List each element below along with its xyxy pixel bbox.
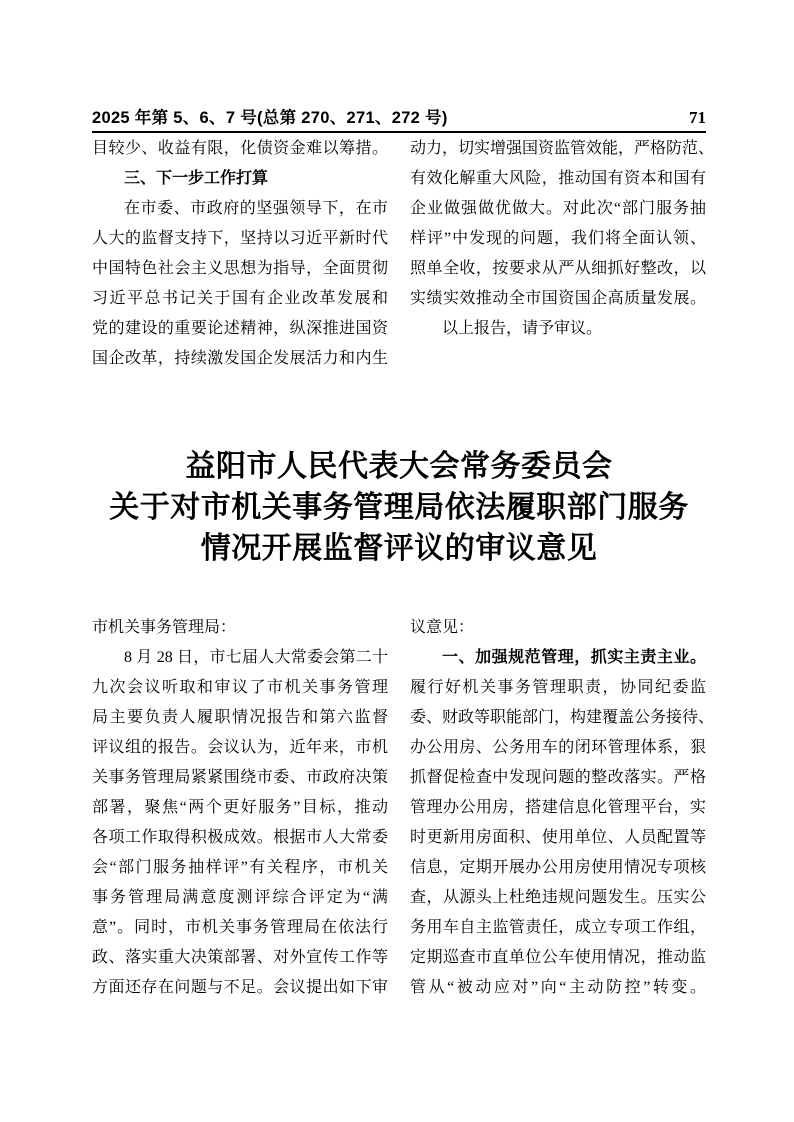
body-line: 抓督促检查中发现问题的整改落实。严格 (410, 763, 706, 793)
body-line: 目较少、收益有限，化债资金难以筹措。 (92, 134, 388, 164)
body-line: 实绩实效推动全市国资国企高质量发展。 (410, 284, 706, 314)
issue-info: 2025 年第 5、6、7 号(总第 270、271、272 号) (92, 104, 448, 128)
closing-line: 以上报告，请予审议。 (410, 314, 706, 344)
article-title: 益阳市人民代表大会常务委员会 关于对市机关事务管理局依法履职部门服务 情况开展监… (92, 446, 706, 569)
body-line: 局主要负责人履职情况报告和第六监督 (92, 703, 388, 733)
previous-article-section: 目较少、收益有限，化债资金难以筹措。 三、下一步工作打算 在市委、市政府的坚强领… (92, 134, 706, 374)
body-line: 事务管理局满意度测评综合评定为“满 (92, 883, 388, 913)
body-line: 委、财政等职能部门，构建覆盖公务接待、 (410, 703, 706, 733)
article-title-line-2: 关于对市机关事务管理局依法履职部门服务 (92, 487, 706, 528)
subsection-heading: 三、下一步工作打算 (92, 164, 388, 194)
body-line: 8 月 28 日，市七届人大常委会第二十 (92, 643, 388, 673)
body-line: 九次会议听取和审议了市机关事务管理 (92, 673, 388, 703)
body-line: 评议组的报告。会议认为，近年来，市机 (92, 733, 388, 763)
body-line: 意”。同时，市机关事务管理局在依法行 (92, 913, 388, 943)
article-title-line-3: 情况开展监督评议的审议意见 (92, 528, 706, 569)
body-line: 党的建设的重要论述精神，纵深推进国资 (92, 314, 388, 344)
subsection-heading: 一、加强规范管理，抓实主责主业。 (410, 643, 706, 673)
body-line: 方面还存在问题与不足。会议提出如下审 (92, 973, 388, 1003)
salutation-line: 市机关事务管理局： (92, 613, 388, 643)
body-line: 人大的监督支持下，坚持以习近平新时代 (92, 224, 388, 254)
previous-article-left-column: 目较少、收益有限，化债资金难以筹措。 三、下一步工作打算 在市委、市政府的坚强领… (92, 134, 388, 374)
body-line: 中国特色社会主义思想为指导，全面贯彻 (92, 254, 388, 284)
body-line: 时更新用房面积、使用单位、人员配置等 (410, 823, 706, 853)
page-number: 71 (689, 108, 706, 128)
article-title-line-1: 益阳市人民代表大会常务委员会 (92, 446, 706, 487)
body-line: 样评”中发现的问题，我们将全面认领、 (410, 224, 706, 254)
document-page: 2025 年第 5、6、7 号(总第 270、271、272 号) 71 目较少… (0, 0, 794, 1122)
body-line: 政、落实重大决策部署、对外宣传工作等 (92, 943, 388, 973)
body-line: 在市委、市政府的坚强领导下，在市 (92, 194, 388, 224)
body-line: 各项工作取得积极成效。根据市人大常委 (92, 823, 388, 853)
article-body-section: 市机关事务管理局： 8 月 28 日，市七届人大常委会第二十 九次会议听取和审议… (92, 613, 706, 1003)
body-line: 动力，切实增强国资监管效能，严格防范、 (410, 134, 706, 164)
body-line: 习近平总书记关于国有企业改革发展和 (92, 284, 388, 314)
previous-article-right-column: 动力，切实增强国资监管效能，严格防范、 有效化解重大风险，推动国有资本和国有 企… (410, 134, 706, 374)
body-line: 关事务管理局紧紧围绕市委、市政府决策 (92, 763, 388, 793)
body-line: 信息，定期开展办公用房使用情况专项核 (410, 853, 706, 883)
body-line: 办公用房、公务用车的闭环管理体系，狠 (410, 733, 706, 763)
body-line: 国企改革，持续激发国企发展活力和内生 (92, 344, 388, 374)
body-line: 履行好机关事务管理职责，协同纪委监 (410, 673, 706, 703)
masthead: 2025 年第 5、6、7 号(总第 270、271、272 号) 71 (92, 104, 706, 133)
body-line: 部署，聚焦“两个更好服务”目标，推动 (92, 793, 388, 823)
body-line: 务用车自主监管责任，成立专项工作组， (410, 913, 706, 943)
body-line: 企业做强做优做大。对此次“部门服务抽 (410, 194, 706, 224)
body-line: 议意见： (410, 613, 706, 643)
article-left-column: 市机关事务管理局： 8 月 28 日，市七届人大常委会第二十 九次会议听取和审议… (92, 613, 388, 1003)
body-line: 定期巡查市直单位公车使用情况，推动监 (410, 943, 706, 973)
article-right-column: 议意见： 一、加强规范管理，抓实主责主业。 履行好机关事务管理职责，协同纪委监 … (410, 613, 706, 1003)
body-line: 照单全收，按要求从严从细抓好整改，以 (410, 254, 706, 284)
body-line: 会“部门服务抽样评”有关程序，市机关 (92, 853, 388, 883)
body-line: 查，从源头上杜绝违规问题发生。压实公 (410, 883, 706, 913)
body-line: 管从“被动应对”向“主动防控”转变。 (410, 973, 706, 1003)
body-line: 管理办公用房，搭建信息化管理平台，实 (410, 793, 706, 823)
body-line: 有效化解重大风险，推动国有资本和国有 (410, 164, 706, 194)
